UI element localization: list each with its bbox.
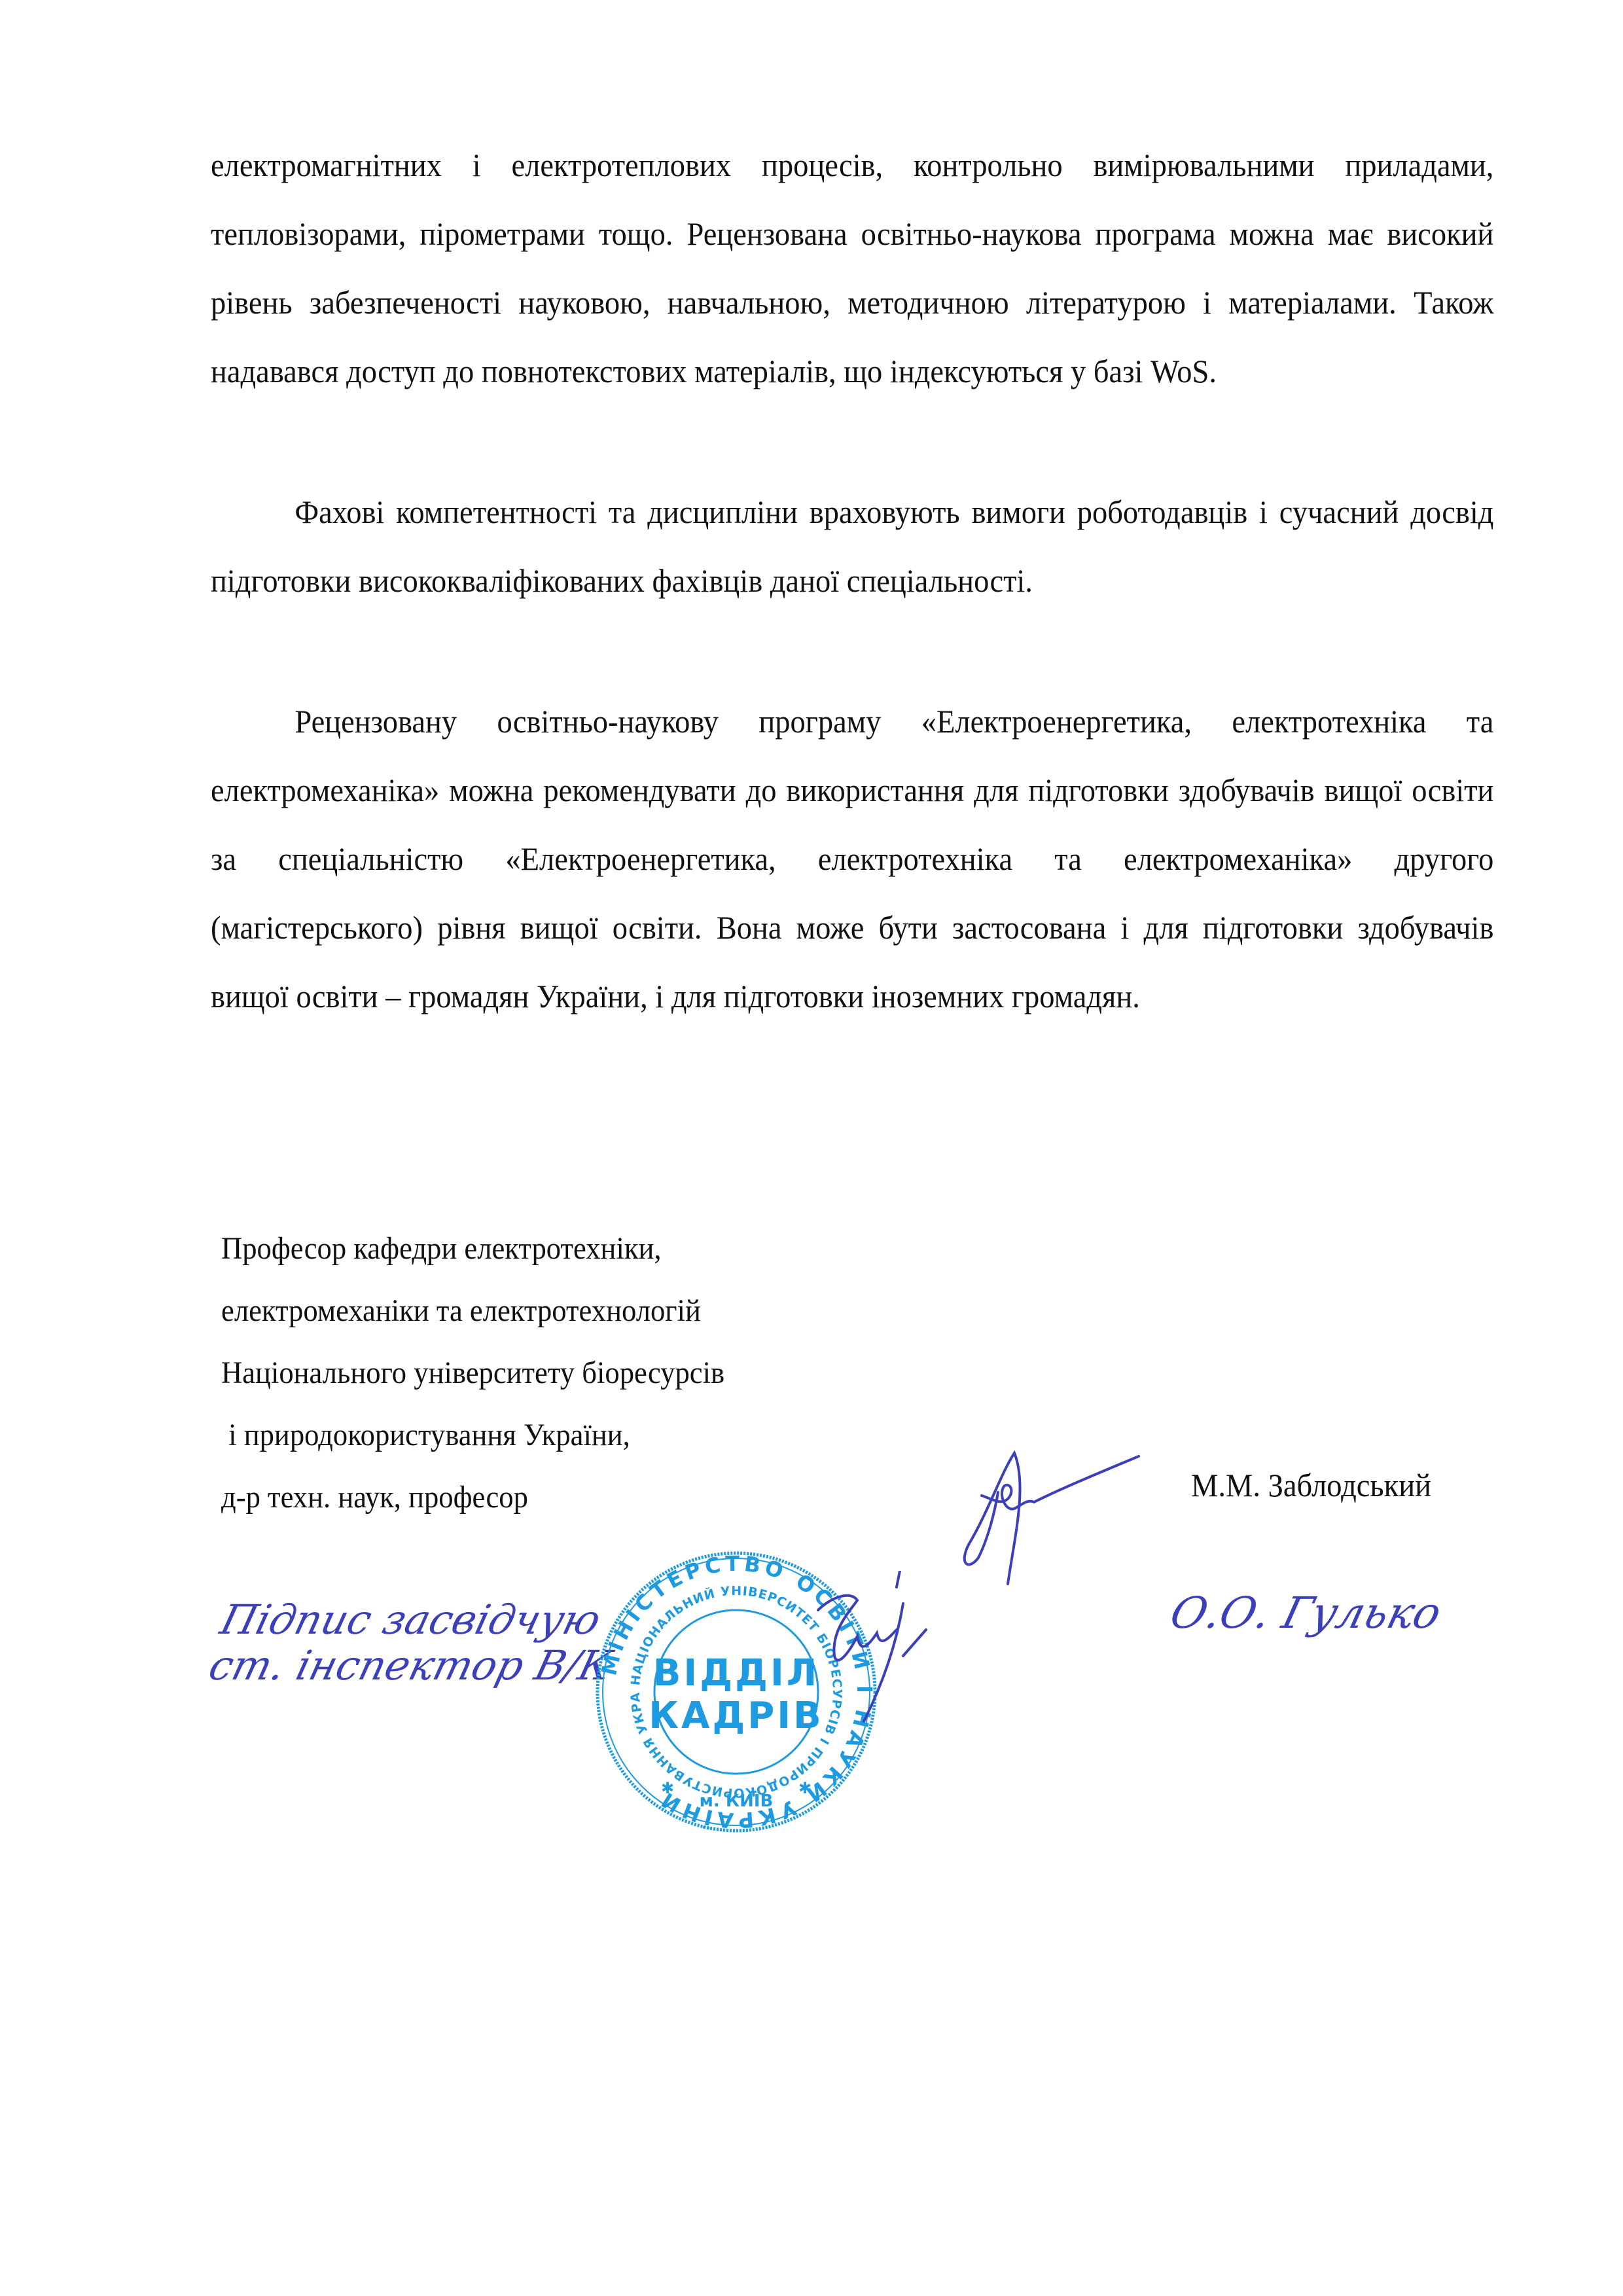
paragraph-competencies: Фахові компетентності та дисципліни врах… bbox=[211, 478, 1493, 615]
paragraph-text: Рецензовану освітньо-наукову програму «Е… bbox=[211, 687, 1493, 1031]
handwritten-certifier-name: О.О. Гулько bbox=[1166, 1590, 1446, 1636]
signer-name: М.М. Заблодський bbox=[1191, 1466, 1431, 1504]
paragraph-equipment: електромагнітних і електротеплових проце… bbox=[211, 131, 1493, 406]
signature-block: Професор кафедри електротехніки, електро… bbox=[221, 1217, 724, 1528]
paragraph-recommendation: Рецензовану освітньо-наукову програму «Е… bbox=[211, 687, 1493, 1031]
svg-text:✱: ✱ bbox=[798, 1779, 811, 1797]
signer-title-line: і природокористування України, bbox=[221, 1404, 724, 1466]
signer-title-line: д-р техн. наук, професор bbox=[221, 1466, 724, 1528]
document-page: електромагнітних і електротеплових проце… bbox=[0, 0, 1623, 2296]
paragraph-text: Фахові компетентності та дисципліни врах… bbox=[211, 478, 1493, 615]
paragraph-text: електромагнітних і електротеплових проце… bbox=[211, 131, 1493, 406]
handwritten-line: ст. інспектор В/К bbox=[205, 1643, 616, 1689]
certifier-signature-icon bbox=[805, 1571, 975, 1741]
signer-title-line: Професор кафедри електротехніки, bbox=[221, 1217, 724, 1280]
stamp-city: м. КИЇВ bbox=[700, 1790, 774, 1811]
signer-title-line: електромеханіки та електротехнологій bbox=[221, 1280, 724, 1342]
stamp-center-line-1: ВІДДІЛ bbox=[653, 1652, 820, 1695]
handwritten-certification-note: Підпис засвідчую ст. інспектор В/К bbox=[205, 1597, 628, 1689]
svg-text:✱: ✱ bbox=[661, 1779, 674, 1797]
handwritten-line: Підпис засвідчую bbox=[216, 1597, 628, 1643]
stamp-center-line-2: КАДРІВ bbox=[649, 1695, 824, 1737]
signer-title-line: Національного університету біоресурсів bbox=[221, 1342, 724, 1404]
